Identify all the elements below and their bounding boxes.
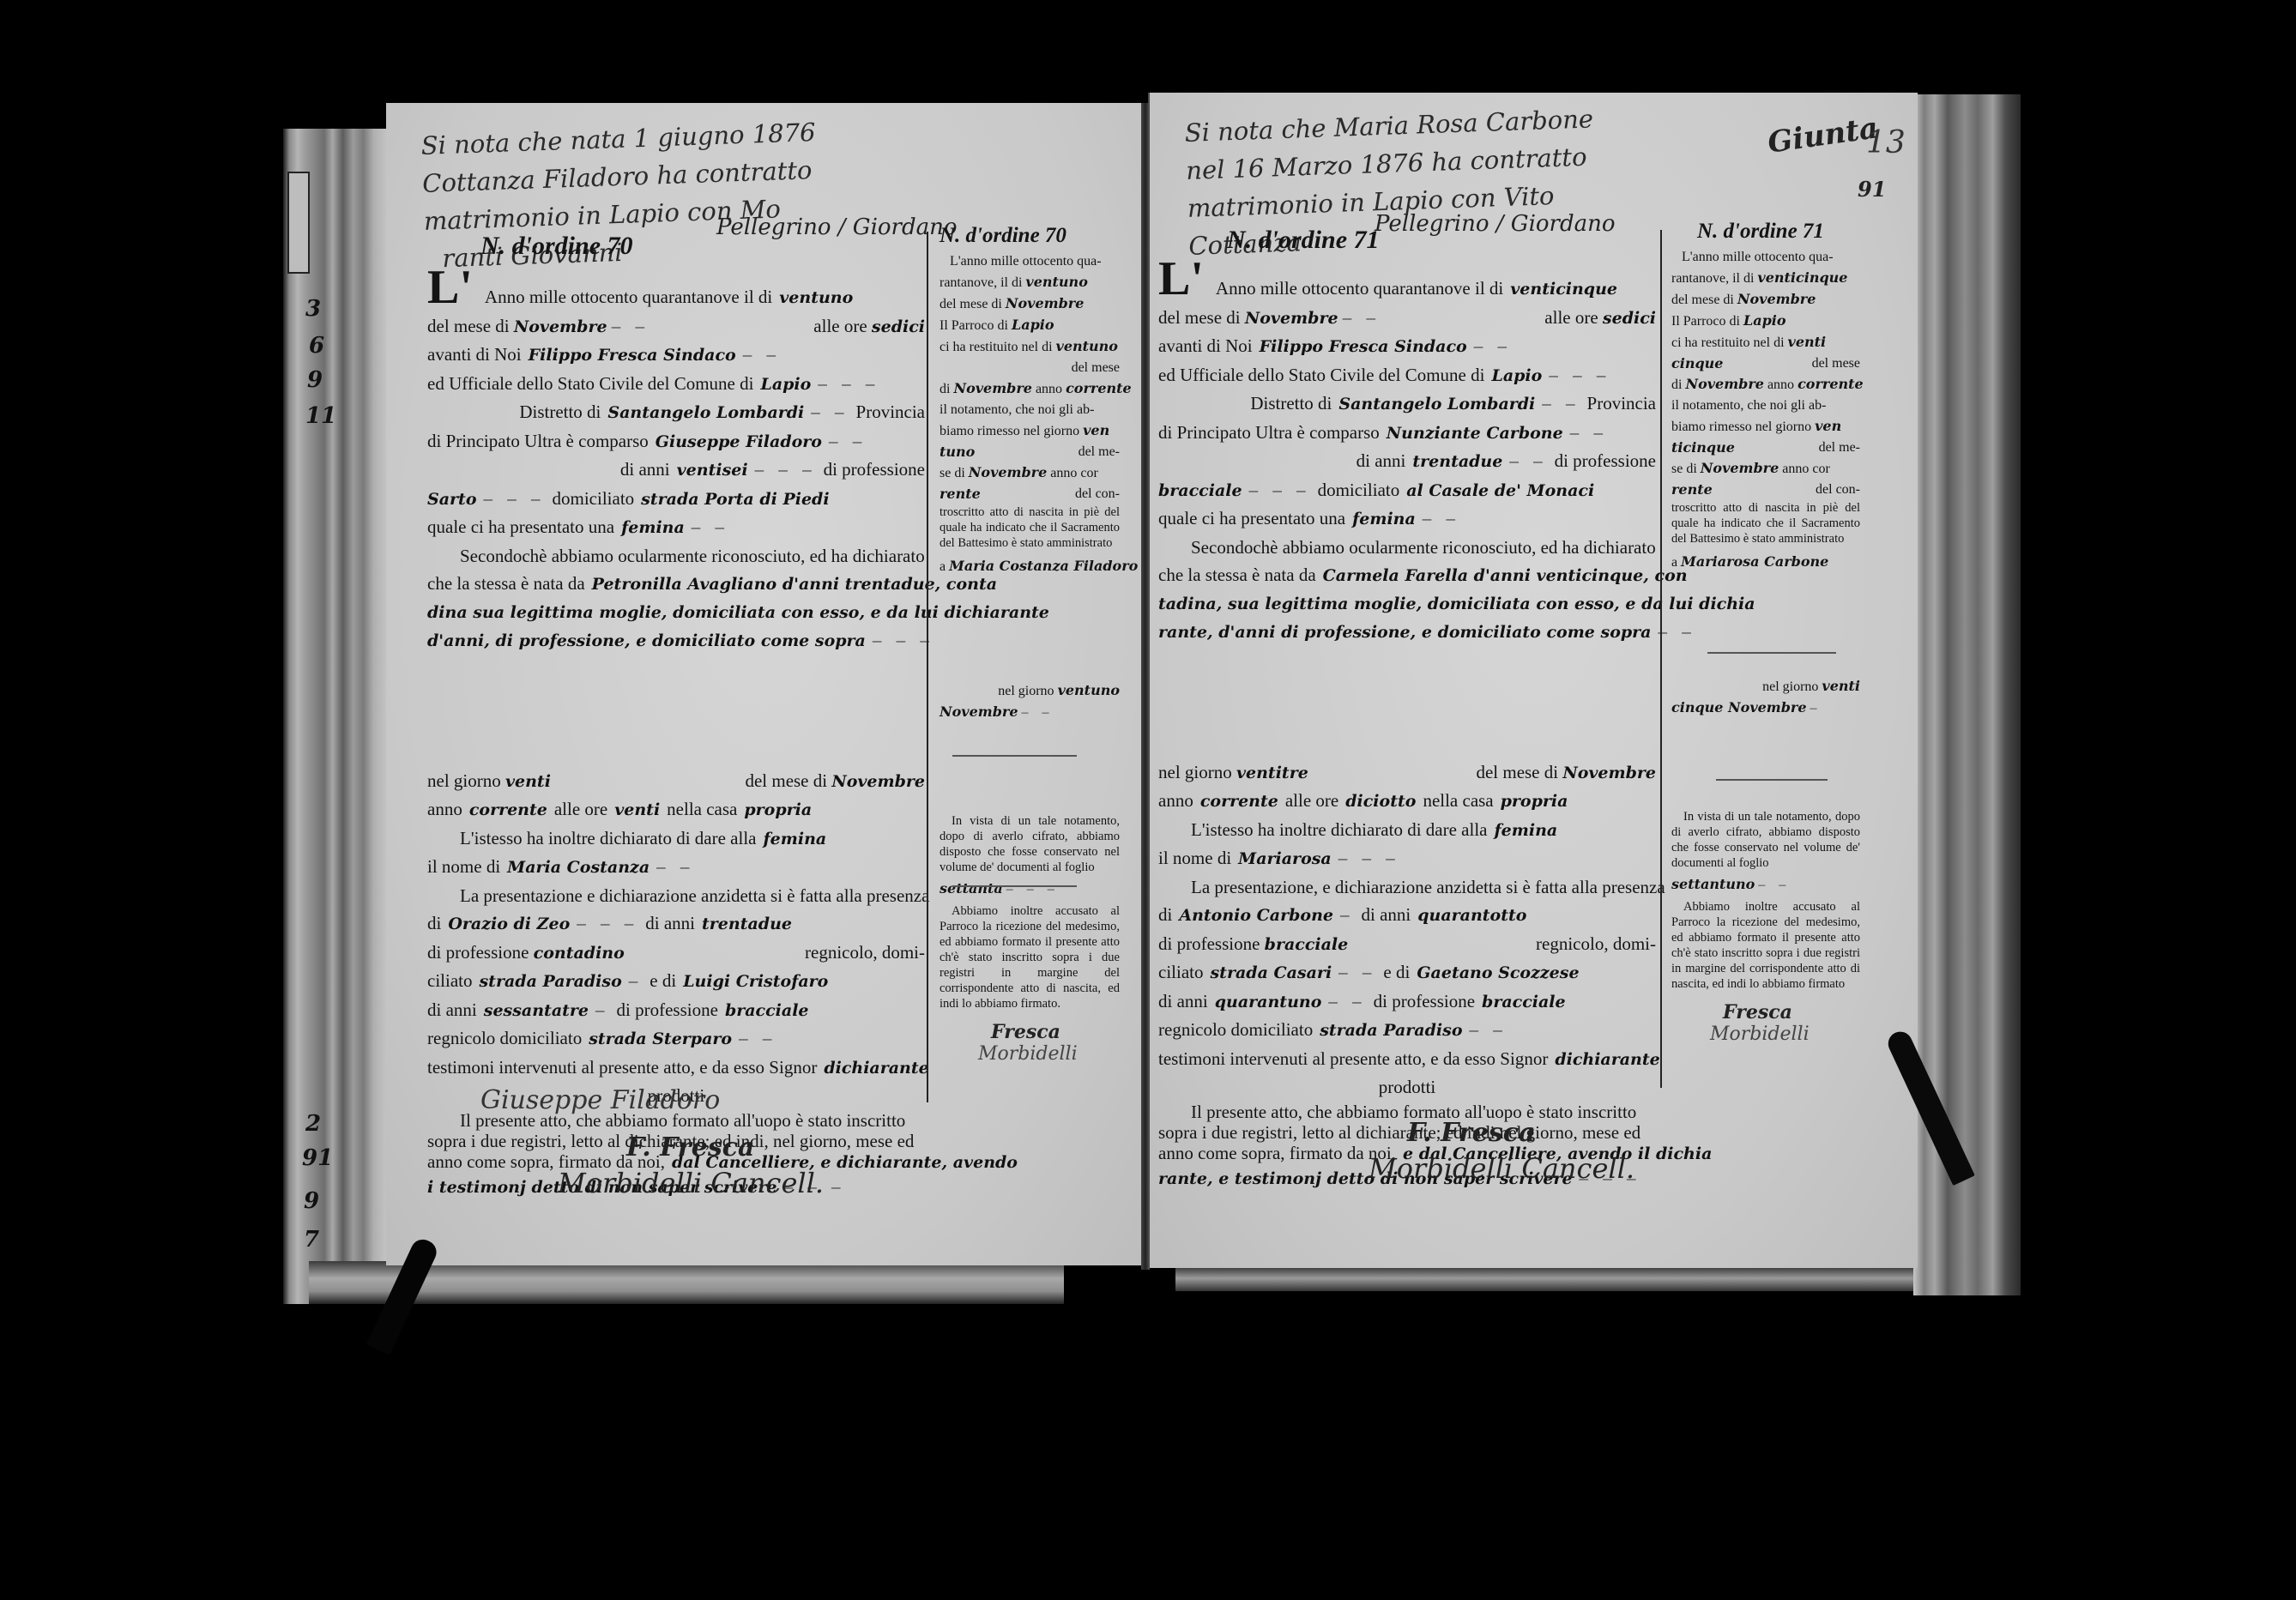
- side-text: L'anno mille ottocento qua-: [940, 251, 1120, 272]
- handwritten-field: strada Porta di Piedi: [641, 486, 829, 514]
- handwritten-field: strada Sterparo: [589, 1025, 732, 1054]
- handwritten-field: strada Casari: [1210, 959, 1332, 987]
- handwritten-field: trentadue: [702, 910, 792, 939]
- act-line: d'anni, di professione, e domiciliato co…: [427, 626, 925, 655]
- print-text: alle ore: [813, 316, 867, 336]
- print-text: regnicolo, domi-: [805, 939, 925, 967]
- act-line: annocorrentealle oreventinella casapropr…: [427, 795, 925, 824]
- handwritten-field: Filippo Fresca Sindaco: [529, 341, 736, 370]
- side-signature: Morbidelli: [1710, 1024, 1860, 1045]
- print-text: ed Ufficiale dello Stato Civile del Comu…: [1158, 361, 1484, 389]
- print-text: di anni: [1356, 447, 1406, 475]
- handwritten-field: venti: [505, 772, 551, 791]
- act-line: Sarto– – –domiciliatostrada Porta di Pie…: [427, 485, 925, 514]
- handwritten-field: venticinque: [1510, 275, 1617, 304]
- print-text: di anni: [1361, 901, 1411, 929]
- act-line: ed Ufficiale dello Stato Civile del Comu…: [1158, 361, 1656, 390]
- handwritten-field: dichiarante: [824, 1054, 928, 1083]
- act-line: annocorrentealle orediciottonella casapr…: [1158, 787, 1656, 816]
- handwritten-field: femina: [1352, 505, 1416, 534]
- print-text: La presentazione, e dichiarazione anzide…: [1191, 873, 1665, 902]
- handwritten-field: tuno: [940, 442, 975, 462]
- blank-rule: [952, 885, 1077, 887]
- print-text: alle ore: [554, 795, 607, 824]
- side-text: nel giorno: [1762, 679, 1818, 694]
- handwritten-field: dichiarante: [1555, 1046, 1659, 1074]
- column-divider: [927, 232, 928, 1102]
- handwritten-field: bracciale: [725, 997, 809, 1025]
- print-text: ciliato: [427, 967, 472, 995]
- print-text: Distretto di: [519, 398, 601, 426]
- handwritten-field: Filippo Fresca Sindaco: [1260, 333, 1467, 361]
- print-text: nella casa: [1423, 787, 1493, 815]
- print-text: di professione: [1555, 447, 1656, 475]
- handwritten-field: venti: [1788, 334, 1827, 350]
- act-line: L'istesso ha inoltre dichiarato di dare …: [1158, 816, 1656, 845]
- side-text: del con-: [1816, 480, 1860, 500]
- birth-act-body: L'Anno mille ottocento quarantanove il d…: [427, 266, 925, 1201]
- column-divider: [1660, 230, 1662, 1088]
- edge-number: 2: [305, 1111, 321, 1137]
- handwritten-field: sedici: [872, 317, 925, 336]
- handwritten-field: venti: [614, 796, 660, 824]
- side-text: del mese: [940, 358, 1120, 378]
- blank-rule: [1707, 652, 1836, 654]
- act-line: L'Anno mille ottocento quarantanove il d…: [427, 266, 925, 312]
- right-lower-pages: [1175, 1265, 1930, 1291]
- print-text: e di: [1383, 958, 1410, 987]
- handwritten-field: Sarto: [427, 486, 477, 514]
- print-text: ciliato: [1158, 958, 1203, 987]
- print-text: di anni: [645, 909, 695, 938]
- handwritten-field: rente: [940, 484, 981, 504]
- handwritten-field: corrente: [469, 796, 547, 824]
- print-text: Provincia: [1587, 389, 1656, 418]
- print-text: La presentazione e dichiarazione anzidet…: [460, 882, 929, 910]
- side-text: a: [1671, 555, 1677, 570]
- print-text: del mese di: [427, 316, 510, 336]
- print-text: testimoni intervenuti al presente atto, …: [1158, 1045, 1548, 1073]
- side-text: a: [940, 559, 946, 574]
- handwritten-field: corrente: [1798, 376, 1864, 392]
- side-text: biamo rimesso nel giorno: [1671, 420, 1811, 434]
- edge-number: 3: [305, 296, 321, 322]
- handwritten-field: Novembre: [1685, 376, 1764, 392]
- handwritten-field: ven: [1815, 418, 1841, 434]
- handwritten-field: rente: [1671, 480, 1713, 500]
- handwritten-field: ventuno: [1056, 338, 1118, 354]
- act-line: regnicolo domiciliatostrada Sterparo– –: [427, 1024, 925, 1054]
- handwritten-field: Novembre: [831, 772, 925, 791]
- handwritten-field: Novembre: [940, 703, 1018, 720]
- handwritten-field: trentadue: [1412, 448, 1502, 476]
- act-line: del mese di Novembre – –alle ore sedici: [1158, 304, 1656, 333]
- side-text: di: [1671, 377, 1682, 392]
- clerk-signature: Morbidelli Cancell.: [1369, 1152, 1634, 1185]
- handwritten-field: Giuseppe Filadoro: [656, 428, 822, 456]
- drop-cap: L': [1158, 257, 1204, 300]
- print-text: avanti di Noi: [427, 341, 522, 369]
- print-text: anno: [1158, 787, 1193, 815]
- print-text: di Principato Ultra è comparso: [427, 427, 649, 456]
- edge-number: 91: [302, 1145, 333, 1171]
- handwritten-field: Novembre: [969, 464, 1048, 480]
- right-page: Si nota che Maria Rosa Carbone nel 16 Ma…: [1148, 93, 1918, 1268]
- annotation-signature: Pellegrino / Giordano: [716, 214, 958, 240]
- print-text: di Principato Ultra è comparso: [1158, 419, 1380, 447]
- side-text: rantanove, il di: [940, 275, 1022, 290]
- print-text: Anno mille ottocento quarantanove il di: [1216, 275, 1503, 303]
- print-text: domiciliato: [1318, 476, 1400, 504]
- side-signature: Morbidelli: [978, 1044, 1120, 1065]
- side-text: del mese di: [1671, 293, 1734, 307]
- print-text: testimoni intervenuti al presente atto, …: [427, 1054, 817, 1082]
- side-text: In vista di un tale notamento, dopo di a…: [1671, 809, 1860, 871]
- act-line: ciliatostrada Paradiso–e diLuigi Cristof…: [427, 967, 925, 996]
- side-order-heading: N. d'ordine 71: [1671, 221, 1860, 242]
- birth-act-body: L'Anno mille ottocento quarantanove il d…: [1158, 257, 1656, 1192]
- act-line: ciliatostrada Casari– –e diGaetano Scozz…: [1158, 958, 1656, 987]
- left-page: Si nota che nata 1 giugno 1876 Cottanza …: [386, 103, 1144, 1265]
- side-text: ci ha restituito nel di: [1671, 335, 1785, 350]
- side-order-heading: N. d'ordine 70: [940, 226, 1120, 246]
- side-text: rantanove, il di: [1671, 271, 1754, 286]
- open-register-book: 3 6 9 11 2 91 9 7 Si nota che nata 1 giu…: [0, 0, 2296, 1600]
- side-text: del mese: [1812, 353, 1860, 374]
- print-text: domiciliato: [553, 485, 635, 513]
- act-line: nel giorno ventitredel mese di Novembre: [1158, 758, 1656, 788]
- handwritten-field: corrente: [1200, 788, 1278, 816]
- handwritten-field: tadina, sua legittima moglie, domiciliat…: [1158, 590, 1755, 619]
- act-line: bracciale– – –domiciliatoal Casale de' M…: [1158, 476, 1656, 505]
- mayor-signature: F. Fresca: [1407, 1118, 1535, 1148]
- handwritten-field: strada Paradiso: [1320, 1017, 1462, 1045]
- baptism-side-column: N. d'ordine 70 L'anno mille ottocento qu…: [940, 226, 1120, 1065]
- handwritten-field: Novembre: [1701, 460, 1779, 476]
- side-text: anno: [1036, 382, 1062, 396]
- print-text: sopra i due registri, letto al dichiaran…: [1158, 1122, 1640, 1143]
- print-text: che la stessa è nata da: [427, 570, 585, 598]
- handwritten-field: Novembre: [953, 380, 1032, 396]
- handwritten-field: femina: [764, 825, 827, 854]
- side-text: il notamento, che noi gli ab-: [940, 400, 1120, 420]
- handwritten-field: Lapio: [1743, 312, 1786, 329]
- side-text: anno: [1767, 377, 1794, 392]
- act-line: il nome diMaria Costanza– –: [427, 853, 925, 882]
- side-text: del con-: [1075, 484, 1120, 504]
- act-line: di professione braccialeregnicolo, domi-: [1158, 930, 1656, 959]
- act-line: L'Anno mille ottocento quarantanove il d…: [1158, 257, 1656, 304]
- act-line: quale ci ha presentato unafemina– –: [427, 513, 925, 542]
- act-line: che la stessa è nata daPetronilla Avagli…: [427, 570, 925, 599]
- act-line: diAntonio Carbone–di anniquarantotto: [1158, 901, 1656, 930]
- print-text: nel giorno: [1158, 762, 1232, 782]
- side-text: In vista di un tale notamento, dopo di a…: [940, 813, 1120, 875]
- print-text: quale ci ha presentato una: [427, 513, 614, 541]
- print-text: il nome di: [1158, 844, 1231, 872]
- annotation-signature: Pellegrino / Giordano: [1375, 211, 1616, 237]
- print-text: di anni: [427, 996, 477, 1024]
- clerk-signature: Morbidelli Cancell.: [558, 1167, 824, 1199]
- act-line: del mese di Novembre – –alle ore sedici: [427, 312, 925, 341]
- act-line: di Principato Ultra è comparsoGiuseppe F…: [427, 427, 925, 456]
- drop-cap: L': [427, 266, 473, 309]
- handwritten-field: d'anni, di professione, e domiciliato co…: [427, 627, 866, 655]
- handwritten-field: Nunziante Carbone: [1387, 420, 1563, 448]
- side-text: se di: [1671, 462, 1697, 476]
- act-line: il nome diMariarosa– – –: [1158, 844, 1656, 873]
- act-line: di annisessantatre–di professionebraccia…: [427, 996, 925, 1025]
- handwritten-field: Maria Costanza: [507, 854, 650, 882]
- baptism-side-column: N. d'ordine 71 L'anno mille ottocento qu…: [1671, 221, 1860, 1045]
- corner-mark: Giunta: [1766, 111, 1880, 160]
- print-text: ed Ufficiale dello Stato Civile del Comu…: [427, 370, 753, 398]
- declarant-signature: Giuseppe Filadoro: [480, 1085, 720, 1115]
- side-text: nel giorno: [998, 684, 1054, 698]
- print-text: L'istesso ha inoltre dichiarato di dare …: [1191, 816, 1488, 844]
- print-text: Distretto di: [1250, 389, 1332, 418]
- handwritten-field: settantuno: [1671, 876, 1755, 892]
- act-line: L'istesso ha inoltre dichiarato di dare …: [427, 824, 925, 854]
- handwritten-field: Novembre: [1562, 764, 1656, 782]
- handwritten-field: propria: [1501, 788, 1568, 816]
- handwritten-field: ven: [1083, 422, 1109, 438]
- print-text: quale ci ha presentato una: [1158, 504, 1345, 533]
- handwritten-field: bracciale: [1482, 988, 1566, 1017]
- print-text: nel giorno: [427, 770, 501, 791]
- side-text: Abbiamo inoltre accusato al Parroco la r…: [940, 903, 1120, 1011]
- handwritten-field: ventuno: [779, 284, 853, 312]
- act-line: Distretto diSantangelo Lombardi– –Provin…: [1158, 389, 1656, 419]
- act-line: rante, d'anni di professione, e domicili…: [1158, 618, 1656, 647]
- print-text: del mese di: [745, 770, 827, 791]
- order-number-heading: N. d'ordine 71: [1227, 226, 1380, 255]
- side-text: il notamento, che noi gli ab-: [1671, 395, 1860, 416]
- handwritten-field: Santangelo Lombardi: [607, 399, 804, 427]
- handwritten-field: quarantotto: [1417, 902, 1526, 930]
- act-line: diOrazio di Zeo– – –di annitrentadue: [427, 909, 925, 939]
- side-text: Il Parroco di: [940, 318, 1008, 333]
- handwritten-field: Lapio: [760, 371, 811, 399]
- act-line: tadina, sua legittima moglie, domiciliat…: [1158, 590, 1656, 619]
- handwritten-field: contadino: [534, 944, 625, 963]
- print-text: anno come sopra, firmato da noi,: [1158, 1143, 1396, 1163]
- handwritten-field: Antonio Carbone: [1179, 902, 1333, 930]
- print-text: e di: [650, 967, 676, 995]
- print-text: di: [1158, 901, 1172, 929]
- handwritten-field: propria: [744, 796, 812, 824]
- act-line: prodotti: [1158, 1073, 1656, 1102]
- page-number: 91: [1858, 177, 1886, 202]
- print-text: Provincia: [856, 398, 925, 426]
- handwritten-field: Petronilla Avagliano d'anni trentadue, c…: [592, 571, 997, 599]
- act-line: di professione contadinoregnicolo, domi-: [427, 939, 925, 968]
- print-text: di professione: [1374, 987, 1475, 1016]
- order-number-heading: N. d'ordine 70: [480, 232, 633, 261]
- index-tab: [287, 172, 310, 274]
- handwritten-field: corrente: [1066, 380, 1132, 396]
- act-line: ed Ufficiale dello Stato Civile del Comu…: [427, 370, 925, 399]
- print-text: L'istesso ha inoltre dichiarato di dare …: [460, 824, 757, 853]
- handwritten-field: Gaetano Scozzese: [1417, 959, 1579, 987]
- print-text: del mese di: [1476, 762, 1558, 782]
- handwritten-field: Novembre: [1737, 291, 1816, 307]
- handwritten-field: ventuno: [1058, 682, 1120, 698]
- handwritten-field: Maria Costanza Filadoro: [949, 558, 1138, 574]
- handwritten-field: venticinque: [1757, 269, 1847, 286]
- print-text: alle ore: [1544, 307, 1598, 328]
- handwritten-field: ticinque: [1671, 438, 1735, 458]
- print-text: regnicolo, domi-: [1536, 930, 1656, 958]
- print-text: avanti di Noi: [1158, 332, 1253, 360]
- handwritten-field: sessantatre: [484, 997, 589, 1025]
- handwritten-field: settanta: [940, 880, 1003, 897]
- side-text: anno cor: [1782, 462, 1830, 476]
- act-line: Distretto diSantangelo Lombardi– –Provin…: [427, 398, 925, 427]
- edge-number: 6: [309, 333, 324, 359]
- handwritten-field: bracciale: [1158, 477, 1242, 505]
- blank-rule: [952, 755, 1077, 757]
- act-line: di anniquarantuno– –di professionebracci…: [1158, 987, 1656, 1017]
- side-text: di: [940, 382, 950, 396]
- handwritten-field: femina: [621, 514, 685, 542]
- print-text: di professione: [824, 456, 925, 484]
- act-line: avanti di NoiFilippo Fresca Sindaco– –: [1158, 332, 1656, 361]
- handwritten-field: Mariarosa Carbone: [1681, 553, 1828, 570]
- edge-number: 7: [304, 1227, 319, 1253]
- side-signature: Fresca: [991, 1022, 1120, 1042]
- side-text: Il Parroco di: [1671, 314, 1740, 329]
- print-text: alle ore: [1285, 787, 1338, 815]
- left-page-edges: [283, 129, 386, 1304]
- print-text: del mese di: [1158, 307, 1241, 328]
- handwritten-field: Lapio: [1491, 362, 1542, 390]
- side-text: biamo rimesso nel giorno: [940, 424, 1079, 438]
- act-line: La presentazione, e dichiarazione anzide…: [1158, 873, 1656, 902]
- side-signature: Fresca: [1723, 1002, 1860, 1023]
- handwritten-field: strada Paradiso: [479, 968, 621, 996]
- side-text: del me-: [1079, 442, 1120, 462]
- print-text: di: [427, 909, 441, 938]
- handwritten-field: sedici: [1603, 309, 1656, 328]
- handwritten-field: Lapio: [1012, 317, 1054, 333]
- act-line: avanti di NoiFilippo Fresca Sindaco– –: [427, 341, 925, 370]
- handwritten-field: ventuno: [1025, 274, 1087, 290]
- handwritten-field: venti: [1822, 678, 1860, 694]
- handwritten-field: ventitre: [1236, 764, 1308, 782]
- handwritten-field: al Casale de' Monaci: [1406, 477, 1594, 505]
- side-text: troscritto atto di nascita in piè del qu…: [1671, 500, 1860, 546]
- side-text: Abbiamo inoltre accusato al Parroco la r…: [1671, 899, 1860, 992]
- print-text: anno: [427, 795, 462, 824]
- folio-number: 13: [1866, 125, 1906, 160]
- act-line: di annitrentadue– –di professione: [1158, 447, 1656, 476]
- handwritten-field: diciotto: [1345, 788, 1416, 816]
- act-line: testimoni intervenuti al presente atto, …: [1158, 1045, 1656, 1074]
- handwritten-field: Novembre: [1006, 295, 1085, 311]
- handwritten-field: Santangelo Lombardi: [1338, 390, 1535, 419]
- blank-rule: [1716, 779, 1828, 781]
- side-text: anno cor: [1050, 466, 1098, 480]
- side-text: del me-: [1819, 438, 1860, 458]
- handwritten-field: Novembre: [1245, 309, 1338, 328]
- print-text: nella casa: [667, 795, 737, 824]
- print-text: Anno mille ottocento quarantanove il di: [485, 283, 772, 311]
- side-text: se di: [940, 466, 965, 480]
- side-text: troscritto atto di nascita in piè del qu…: [940, 504, 1120, 551]
- print-text: Secondochè abbiamo ocularmente riconosci…: [1191, 534, 1656, 562]
- handwritten-field: Carmela Farella d'anni venticinque, con: [1323, 562, 1688, 590]
- print-text: di professione: [617, 996, 718, 1024]
- handwritten-field: quarantuno: [1215, 988, 1322, 1017]
- act-line: che la stessa è nata daCarmela Farella d…: [1158, 561, 1656, 590]
- act-line: Secondochè abbiamo ocularmente riconosci…: [427, 542, 925, 571]
- edge-number: 9: [304, 1188, 319, 1214]
- act-line: di anniventisei– – –di professione: [427, 456, 925, 485]
- print-text: che la stessa è nata da: [1158, 561, 1316, 589]
- handwritten-field: cinque: [1671, 353, 1723, 374]
- handwritten-field: rante, d'anni di professione, e domicili…: [1158, 619, 1651, 647]
- handwritten-field: Mariarosa: [1238, 845, 1332, 873]
- handwritten-field: Orazio di Zeo: [448, 910, 570, 939]
- act-line: La presentazione e dichiarazione anzidet…: [427, 882, 925, 910]
- act-line: di Principato Ultra è comparsoNunziante …: [1158, 419, 1656, 448]
- act-line: dina sua legittima moglie, domiciliata c…: [427, 599, 925, 627]
- print-text: Secondochè abbiamo ocularmente riconosci…: [460, 542, 925, 571]
- mayor-signature: F. Fresca: [626, 1132, 754, 1162]
- print-text: di anni: [620, 456, 670, 484]
- act-line: quale ci ha presentato unafemina– –: [1158, 504, 1656, 534]
- handwritten-field: ventisei: [677, 456, 748, 485]
- edge-number: 9: [307, 367, 323, 393]
- print-text: regnicolo domiciliato: [427, 1024, 582, 1053]
- print-text: di anni: [1158, 987, 1208, 1016]
- handwritten-field: Luigi Cristofaro: [683, 968, 828, 996]
- act-line: regnicolo domiciliatostrada Paradiso– –: [1158, 1016, 1656, 1045]
- handwritten-field: cinque Novembre: [1671, 699, 1807, 715]
- act-line: testimoni intervenuti al presente atto, …: [427, 1054, 925, 1083]
- print-text: di professione: [427, 942, 529, 963]
- print-text: di professione: [1158, 933, 1260, 954]
- print-text: regnicolo domiciliato: [1158, 1016, 1313, 1044]
- side-text: del mese di: [940, 297, 1002, 311]
- handwritten-field: Novembre: [514, 317, 607, 336]
- print-text: prodotti: [1379, 1073, 1436, 1102]
- handwritten-field: femina: [1495, 817, 1558, 845]
- act-line: Secondochè abbiamo ocularmente riconosci…: [1158, 534, 1656, 562]
- print-text: il nome di: [427, 853, 500, 881]
- side-text: ci ha restituito nel di: [940, 340, 1053, 354]
- edge-number: 11: [305, 403, 336, 429]
- side-text: L'anno mille ottocento qua-: [1671, 247, 1860, 268]
- handwritten-field: bracciale: [1265, 935, 1349, 954]
- act-line: nel giorno ventidel mese di Novembre: [427, 767, 925, 796]
